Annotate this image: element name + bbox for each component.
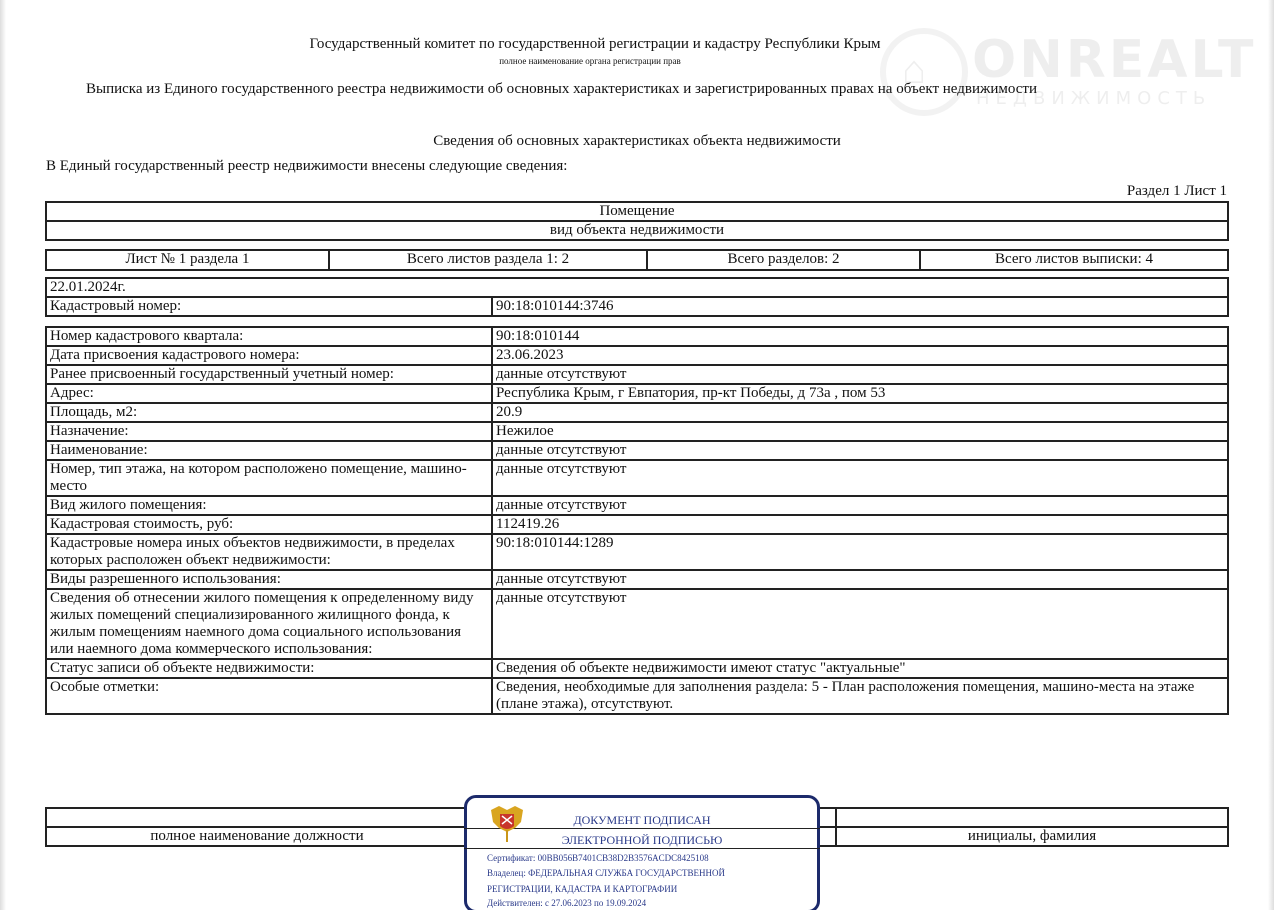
object-type-table: Помещение вид объекта недвижимости	[45, 201, 1229, 241]
row-label: Адрес:	[46, 384, 492, 403]
row-value: данные отсутствуют	[492, 496, 1228, 515]
position-caption: полное наименование должности	[46, 827, 468, 846]
stamp-subtitle: ЭЛЕКТРОННОЙ ПОДПИСЬЮ	[467, 833, 817, 848]
stamp-owner: Владелец: ФЕДЕРАЛЬНАЯ СЛУЖБА ГОСУДАРСТВЕ…	[487, 868, 725, 878]
document-page: ⌂ ONREALT НЕДВИЖИМОСТЬ Государственный к…	[0, 0, 1274, 910]
extract-title: Выписка из Единого государственного реес…	[86, 81, 1037, 98]
sections-total: Всего разделов: 2	[647, 250, 920, 270]
object-type: Помещение	[46, 202, 1228, 221]
extract-sheets-total: Всего листов выписки: 4	[920, 250, 1228, 270]
row-label: Назначение:	[46, 422, 492, 441]
row-value: Республика Крым, г Евпатория, пр-кт Побе…	[492, 384, 1228, 403]
table-row: Ранее присвоенный государственный учетны…	[46, 365, 1228, 384]
row-value: данные отсутствуют	[492, 441, 1228, 460]
row-label: Кадастровая стоимость, руб:	[46, 515, 492, 534]
row-value: Сведения, необходимые для заполнения раз…	[492, 678, 1228, 714]
organization-name: Государственный комитет по государственн…	[0, 36, 1180, 53]
row-value: Нежилое	[492, 422, 1228, 441]
row-label: Статус записи об объекте недвижимости:	[46, 659, 492, 678]
table-row: Наименование:данные отсутствуют	[46, 441, 1228, 460]
table-row: Площадь, м2:20.9	[46, 403, 1228, 422]
section-sheets-total: Всего листов раздела 1: 2	[329, 250, 647, 270]
row-label: Наименование:	[46, 441, 492, 460]
table-row: Номер кадастрового квартала:90:18:010144	[46, 327, 1228, 346]
row-label: Вид жилого помещения:	[46, 496, 492, 515]
table-row: Дата присвоения кадастрового номера:23.0…	[46, 346, 1228, 365]
cadastral-number-label: Кадастровый номер:	[46, 297, 492, 316]
row-label: Номер, тип этажа, на котором расположено…	[46, 460, 492, 496]
row-value: данные отсутствуют	[492, 570, 1228, 589]
table-row: Вид жилого помещения:данные отсутствуют	[46, 496, 1228, 515]
date-cadastral-table: 22.01.2024г. Кадастровый номер: 90:18:01…	[45, 277, 1229, 317]
table-row: Адрес:Республика Крым, г Евпатория, пр-к…	[46, 384, 1228, 403]
extract-date: 22.01.2024г.	[46, 278, 1228, 297]
stamp-line	[464, 848, 820, 849]
row-label: Кадастровые номера иных объектов недвижи…	[46, 534, 492, 570]
row-value: данные отсутствуют	[492, 365, 1228, 384]
table-row: Виды разрешенного использования:данные о…	[46, 570, 1228, 589]
table-row: Кадастровые номера иных объектов недвижи…	[46, 534, 1228, 570]
stamp-validity: Действителен: с 27.06.2023 по 19.09.2024	[487, 898, 646, 908]
row-value: 90:18:010144:1289	[492, 534, 1228, 570]
electronic-signature-stamp: ДОКУМЕНТ ПОДПИСАН ЭЛЕКТРОННОЙ ПОДПИСЬЮ С…	[464, 795, 820, 910]
row-value: 90:18:010144	[492, 327, 1228, 346]
section-intro: В Единый государственный реестр недвижим…	[46, 158, 567, 175]
name-cell	[836, 808, 1228, 827]
stamp-owner-cont: РЕГИСТРАЦИИ, КАДАСТРА И КАРТОГРАФИИ	[487, 884, 677, 894]
row-label: Виды разрешенного использования:	[46, 570, 492, 589]
row-label: Особые отметки:	[46, 678, 492, 714]
table-row: Кадастровая стоимость, руб:112419.26	[46, 515, 1228, 534]
stamp-certificate: Сертификат: 00BB056B7401CB38D2B3576ACDC8…	[487, 853, 709, 863]
table-row: Номер, тип этажа, на котором расположено…	[46, 460, 1228, 496]
row-value: 23.06.2023	[492, 346, 1228, 365]
row-value: 112419.26	[492, 515, 1228, 534]
name-caption: инициалы, фамилия	[836, 827, 1228, 846]
row-label: Площадь, м2:	[46, 403, 492, 422]
table-row: Назначение:Нежилое	[46, 422, 1228, 441]
row-label: Сведения об отнесении жилого помещения к…	[46, 589, 492, 659]
row-label: Ранее присвоенный государственный учетны…	[46, 365, 492, 384]
row-value: данные отсутствуют	[492, 589, 1228, 659]
organization-text: Государственный комитет по государственн…	[309, 36, 880, 53]
row-label: Номер кадастрового квартала:	[46, 327, 492, 346]
position-cell	[46, 808, 468, 827]
row-label: Дата присвоения кадастрового номера:	[46, 346, 492, 365]
row-value: данные отсутствуют	[492, 460, 1228, 496]
stamp-title: ДОКУМЕНТ ПОДПИСАН	[467, 813, 817, 828]
object-type-caption: вид объекта недвижимости	[46, 221, 1228, 240]
sheet-info-table: Лист № 1 раздела 1 Всего листов раздела …	[45, 249, 1229, 271]
characteristics-table: Номер кадастрового квартала:90:18:010144…	[45, 326, 1229, 715]
organization-caption: полное наименование органа регистрации п…	[0, 56, 1180, 66]
row-value: 20.9	[492, 403, 1228, 422]
cadastral-number-value: 90:18:010144:3746	[492, 297, 1228, 316]
table-row: Особые отметки:Сведения, необходимые для…	[46, 678, 1228, 714]
sheet-reference: Раздел 1 Лист 1	[1127, 183, 1227, 200]
table-row: Сведения об отнесении жилого помещения к…	[46, 589, 1228, 659]
row-value: Сведения об объекте недвижимости имеют с…	[492, 659, 1228, 678]
sheet-number: Лист № 1 раздела 1	[46, 250, 329, 270]
table-row: Статус записи об объекте недвижимости:Св…	[46, 659, 1228, 678]
section-title: Сведения об основных характеристиках объ…	[0, 133, 1274, 150]
